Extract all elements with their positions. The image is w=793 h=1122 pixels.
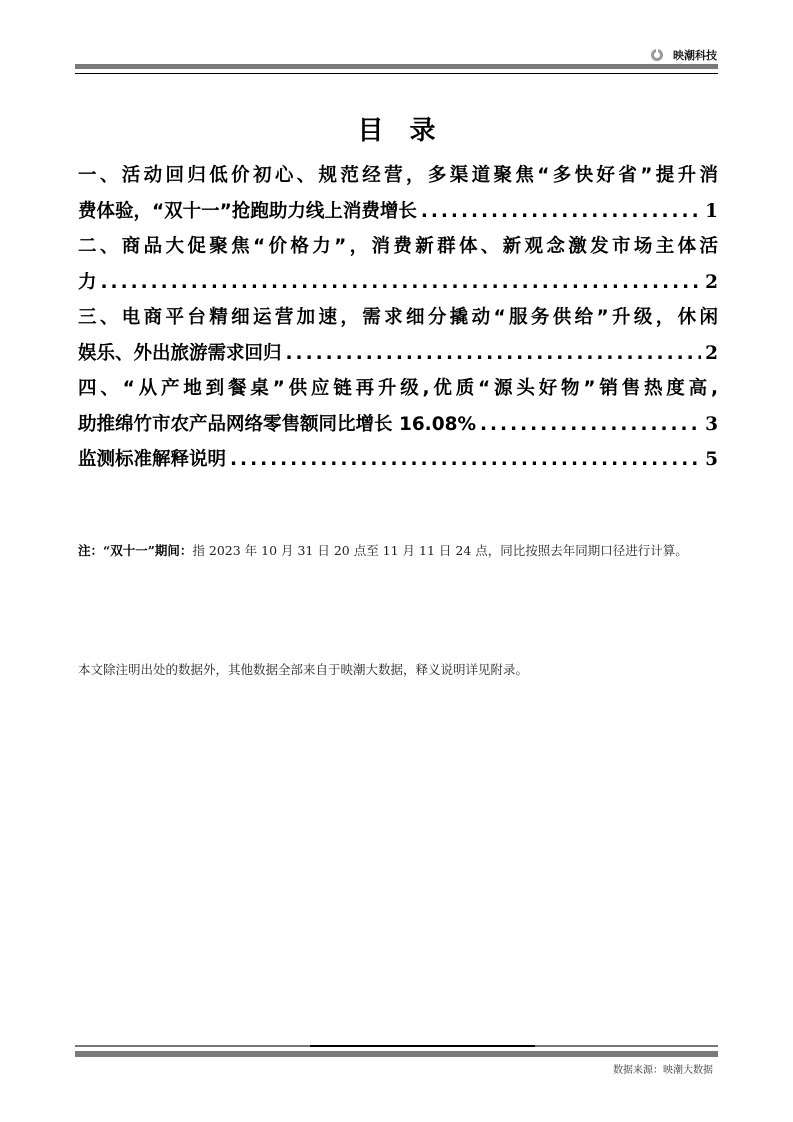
table-of-contents: 一、活动回归低价初心、规范经营，多渠道聚焦“多快好省”提升消 费体验，“双十一”… xyxy=(78,158,718,478)
note-text: 指 2023 年 10 月 31 日 20 点至 11 月 11 日 24 点，… xyxy=(192,543,687,558)
footer-divider-thick xyxy=(75,1051,718,1057)
toc-entry-2[interactable]: 二、商品大促聚焦“价格力”，消费新群体、新观念激发市场主体活 力 2 xyxy=(78,229,718,300)
toc-entry-text: 娱乐、外出旅游需求回归 xyxy=(78,336,282,372)
toc-page-number: 2 xyxy=(705,336,718,372)
header-brand: 映潮科技 xyxy=(651,47,717,63)
toc-entry-text: 二、商品大促聚焦“价格力”，消费新群体、新观念激发市场主体活 xyxy=(78,229,718,265)
toc-entry-text: 助推绵竹市农产品网络零售额同比增长 16.08% xyxy=(78,407,476,443)
dot-leader xyxy=(480,407,701,443)
toc-page-number: 2 xyxy=(705,265,718,301)
period-note: 注：“双十一”期间：指 2023 年 10 月 31 日 20 点至 11 月 … xyxy=(78,530,718,572)
toc-entry-text: 监测标准解释说明 xyxy=(78,442,226,478)
toc-entry-3[interactable]: 三、电商平台精细运营加速，需求细分撬动“服务供给”升级，休闲 娱乐、外出旅游需求… xyxy=(78,300,718,371)
toc-entry-text: 四、“从产地到餐桌”供应链再升级,优质“源头好物”销售热度高, xyxy=(78,371,718,407)
note-label: 注：“双十一”期间： xyxy=(78,543,192,558)
footer-source: 数据来源：映潮大数据 xyxy=(613,1061,713,1076)
dot-leader xyxy=(101,265,702,301)
dot-leader xyxy=(286,336,702,372)
toc-entry-4[interactable]: 四、“从产地到餐桌”供应链再升级,优质“源头好物”销售热度高, 助推绵竹市农产品… xyxy=(78,371,718,442)
dot-leader xyxy=(421,194,701,230)
header-divider-thin xyxy=(75,73,718,74)
toc-title: 目录 xyxy=(0,110,793,147)
circular-logo-icon xyxy=(651,49,663,61)
toc-entry-text: 费体验，“双十一”抢跑助力线上消费增长 xyxy=(78,194,417,230)
toc-entry-text: 力 xyxy=(78,265,97,301)
footer-divider-accent xyxy=(310,1045,535,1047)
toc-entry-1[interactable]: 一、活动回归低价初心、规范经营，多渠道聚焦“多快好省”提升消 费体验，“双十一”… xyxy=(78,158,718,229)
header-divider-thick xyxy=(75,64,718,69)
toc-page-number: 5 xyxy=(705,442,718,478)
data-source-statement: 本文除注明出处的数据外，其他数据全部来自于映潮大数据，释义说明详见附录。 xyxy=(78,660,528,678)
brand-name: 映潮科技 xyxy=(673,47,717,63)
toc-entry-text: 一、活动回归低价初心、规范经营，多渠道聚焦“多快好省”提升消 xyxy=(78,158,718,194)
toc-page-number: 1 xyxy=(705,194,718,230)
toc-entry-text: 三、电商平台精细运营加速，需求细分撬动“服务供给”升级，休闲 xyxy=(78,300,718,336)
toc-page-number: 3 xyxy=(705,407,718,443)
toc-entry-5[interactable]: 监测标准解释说明 5 xyxy=(78,442,718,478)
dot-leader xyxy=(230,442,701,478)
